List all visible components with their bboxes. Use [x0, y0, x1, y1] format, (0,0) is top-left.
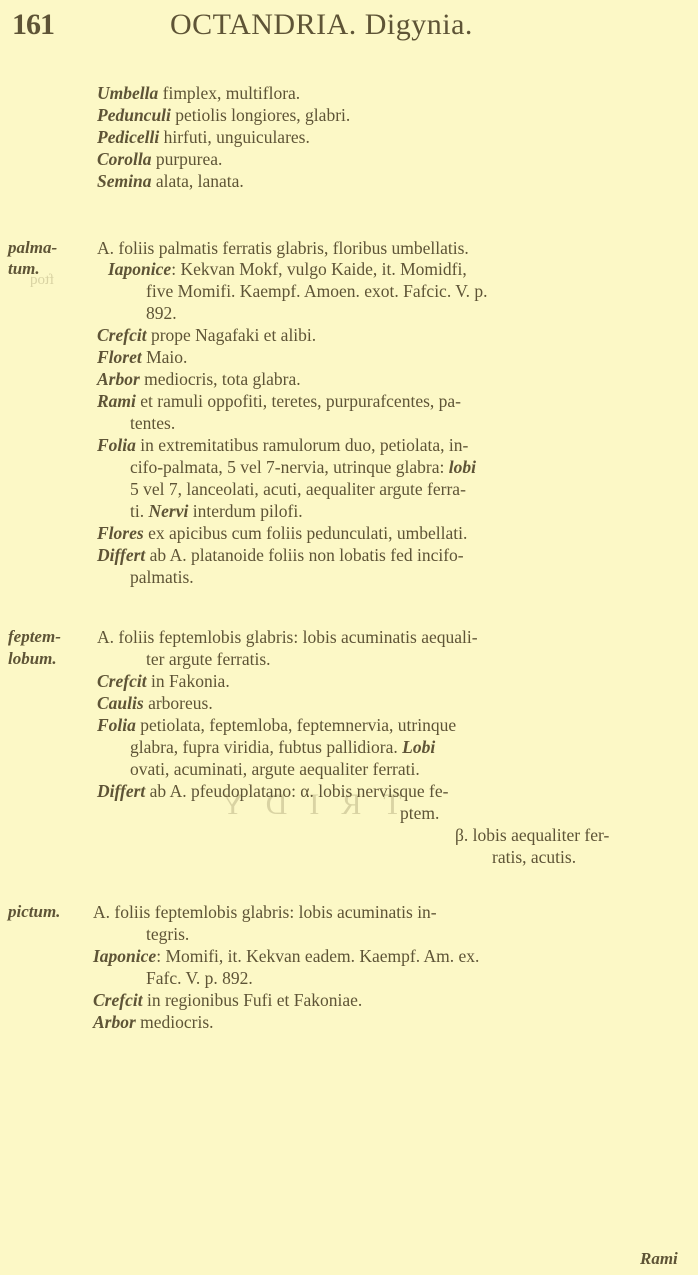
entry-line: Corolla purpurea. — [97, 148, 222, 170]
entry-line: Folia petiolata, feptemloba, feptemnervi… — [97, 714, 456, 736]
entry-line: Arbor mediocris. — [93, 1011, 214, 1033]
species-name-margin: lobum. — [8, 648, 57, 670]
entry-line: ovati, acuminati, argute aequaliter ferr… — [130, 758, 420, 780]
entry-line: 5 vel 7, lanceolati, acuti, aequaliter a… — [130, 478, 466, 500]
entry-line: tegris. — [146, 923, 189, 945]
running-header: 161 OCTANDRIA. Digynia. — [10, 8, 688, 48]
entry-line: Floret Maio. — [97, 346, 187, 368]
species-name-margin: palma- — [8, 237, 57, 259]
entry-line: Flores ex apicibus cum foliis pedunculat… — [97, 522, 467, 544]
species-name-margin: pictum. — [8, 901, 60, 923]
entry-line: glabra, fupra viridia, fubtus pallidiora… — [130, 736, 435, 758]
entry-line: Semina alata, lanata. — [97, 170, 244, 192]
entry-line: ter argute ferratis. — [146, 648, 271, 670]
entry-line: Arbor mediocris, tota glabra. — [97, 368, 301, 390]
species-diagnosis: A. foliis feptemlobis glabris: lobis acu… — [93, 901, 437, 923]
entry-line: Iaponice: Kekvan Mokf, vulgo Kaide, it. … — [108, 258, 467, 280]
entry-line: Crefcit prope Nagafaki et alibi. — [97, 324, 316, 346]
entry-line: 892. — [146, 302, 177, 324]
entry-line: Caulis arboreus. — [97, 692, 213, 714]
entry-line: Differt ab A. platanoide foliis non loba… — [97, 544, 464, 566]
species-diagnosis: A. foliis feptemlobis glabris: lobis acu… — [97, 626, 478, 648]
entry-line: Umbella fimplex, multiflora. — [97, 82, 300, 104]
entry-line: Crefcit in Fakonia. — [97, 670, 230, 692]
entry-line: Fafc. V. p. 892. — [146, 967, 253, 989]
entry-line: β. lobis aequaliter fer- — [455, 824, 609, 846]
entry-line: cifo-palmata, 5 vel 7-nervia, utrinque g… — [130, 456, 476, 478]
entry-line: tentes. — [130, 412, 175, 434]
page-title: OCTANDRIA. Digynia. — [170, 8, 473, 42]
entry-line: Crefcit in regionibus Fufi et Fakoniae. — [93, 989, 362, 1011]
species-name-margin: tum. — [8, 258, 40, 280]
entry-line: ti. Nervi interdum pilofi. — [130, 500, 303, 522]
entry-line: Rami et ramuli oppofiti, teretes, purpur… — [97, 390, 461, 412]
page-number: 161 — [12, 8, 54, 42]
entry-line: ptem. — [400, 802, 439, 824]
species-diagnosis: A. foliis palmatis ferratis glabris, flo… — [97, 237, 469, 259]
entry-line: ratis, acutis. — [492, 846, 576, 868]
entry-line: palmatis. — [130, 566, 194, 588]
entry-line: Differt ab A. pfeudoplatano: α. lobis ne… — [97, 780, 448, 802]
entry-line: Pedunculi petiolis longiores, glabri. — [97, 104, 350, 126]
entry-line: Folia in extremitatibus ramulorum duo, p… — [97, 434, 468, 456]
entry-line: Iaponice: Momifi, it. Kekvan eadem. Kaem… — [93, 945, 479, 967]
entry-line: five Momifi. Kaempf. Amoen. exot. Fafcic… — [146, 280, 488, 302]
book-page: 161 OCTANDRIA. Digynia. ftoq TRIDY Umbel… — [0, 0, 698, 1275]
entry-line: Pedicelli hirfuti, unguiculares. — [97, 126, 310, 148]
species-name-margin: feptem- — [8, 626, 61, 648]
catchword: Rami — [640, 1248, 678, 1270]
